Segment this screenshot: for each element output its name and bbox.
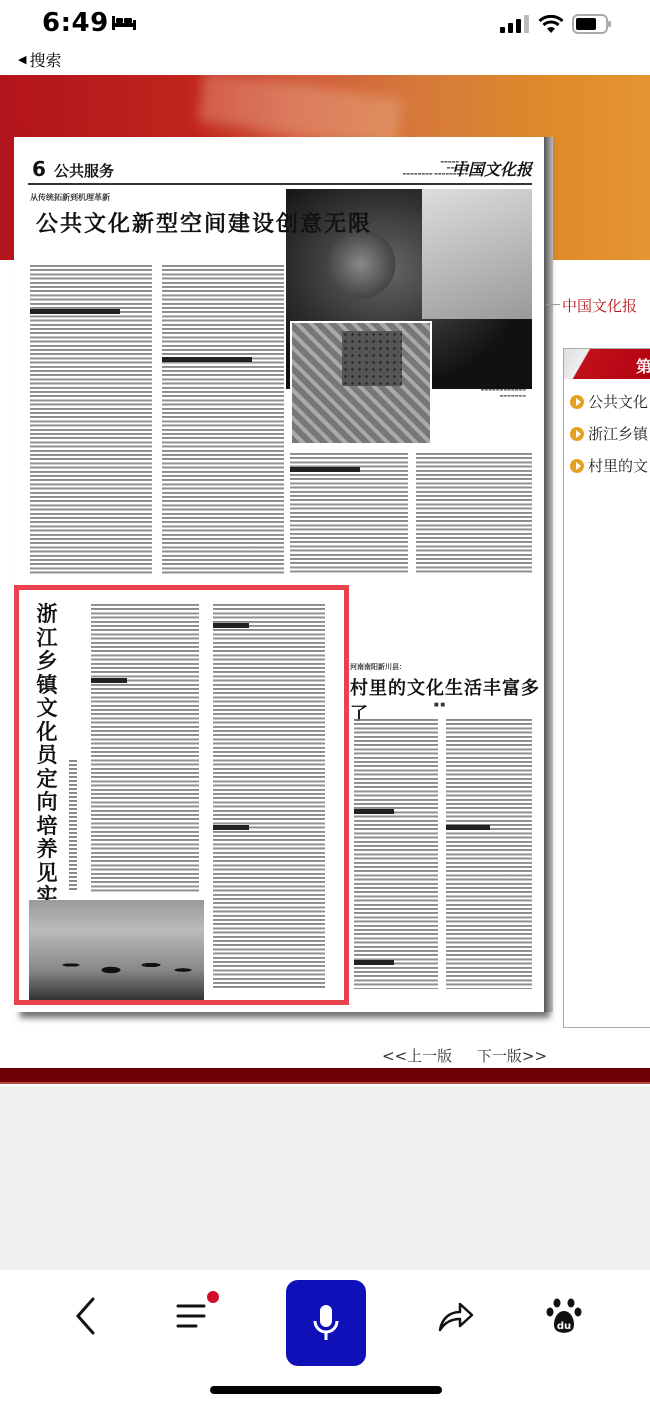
lead-inset-photo	[290, 321, 432, 445]
masthead-logo: 中国文化报	[452, 157, 532, 180]
lead-headline[interactable]: 公共文化新型空间建设创意无限	[36, 207, 372, 238]
arrow-bullet-icon	[570, 395, 584, 409]
cellular-signal-icon	[500, 15, 530, 33]
lead-text-col-2	[162, 265, 284, 575]
secondary-subhead-3	[446, 825, 490, 830]
section-name: 公共服务	[54, 160, 114, 181]
photo-caption: ▬▬▬▬▬▬▬▬▬▬▬▬▬▬▬▬▬▬▬	[446, 387, 526, 399]
highlighted-subhead-1	[91, 678, 127, 683]
side-connector-line	[546, 304, 560, 305]
site-name-link[interactable]: 中国文化报	[562, 295, 637, 316]
highlighted-text-col-1	[91, 604, 199, 894]
highlighted-subhead-3	[213, 825, 249, 830]
microphone-icon	[311, 1303, 341, 1343]
web-content: 6 公共服务 ▬▬▬▬▬ ▬▬▬▬▬ ▬ ▬▬▬▬▬▬▬▬▬ ▬▬▬▬▬▬▬▬▬…	[0, 75, 650, 1270]
chevron-left-icon	[73, 1296, 97, 1336]
footer-area	[0, 1086, 650, 1270]
article-link-3[interactable]: 村里的文	[570, 455, 648, 476]
newspaper-header: 6 公共服务 ▬▬▬▬▬ ▬▬▬▬▬ ▬ ▬▬▬▬▬▬▬▬▬ ▬▬▬▬▬▬▬▬▬…	[28, 157, 532, 185]
status-time: 6:49	[42, 8, 109, 38]
status-icons	[500, 14, 612, 34]
next-page-link[interactable]: 下一版>>	[477, 1047, 547, 1065]
bed-icon	[112, 16, 136, 30]
footer-bar	[0, 1068, 650, 1084]
menu-icon	[176, 1300, 208, 1332]
prev-page-link[interactable]: <<上一版	[382, 1047, 452, 1065]
back-to-search-link[interactable]: ◀ 搜索	[18, 48, 61, 71]
status-bar: 6:49	[0, 0, 650, 48]
back-button[interactable]	[55, 1286, 115, 1346]
highlighted-headline: 浙江乡镇文化员定向培养见实效	[35, 602, 59, 931]
arrow-bullet-icon	[570, 427, 584, 441]
back-triangle-icon: ◀	[18, 53, 26, 66]
article-link-label: 公共文化	[588, 391, 648, 412]
highlighted-subhead-2	[213, 623, 249, 628]
lead-subhead-1	[30, 309, 120, 314]
lead-subhead-3	[290, 467, 360, 472]
article-link-label: 浙江乡镇	[588, 423, 648, 444]
article-link-1[interactable]: 公共文化	[570, 391, 648, 412]
battery-icon	[572, 14, 612, 34]
baidu-paw-icon: du	[546, 1297, 582, 1335]
newspaper-page-image[interactable]: 6 公共服务 ▬▬▬▬▬ ▬▬▬▬▬ ▬ ▬▬▬▬▬▬▬▬▬ ▬▬▬▬▬▬▬▬▬…	[14, 137, 544, 1012]
article-link-2[interactable]: 浙江乡镇	[570, 423, 648, 444]
secondary-subhead-2	[354, 960, 394, 965]
lead-text-col-4	[416, 453, 532, 575]
article-link-label: 村里的文	[588, 455, 648, 476]
secondary-kicker: 河南南阳新川县：	[350, 662, 406, 672]
page-number: 6	[32, 157, 46, 181]
home-indicator[interactable]	[210, 1386, 442, 1394]
svg-text:du: du	[557, 1321, 571, 1332]
secondary-subhead-1	[354, 809, 394, 814]
page-navigation: <<上一版 下一版>>	[382, 1045, 567, 1066]
lead-subhead-2	[162, 357, 252, 362]
share-arrow-icon	[436, 1298, 476, 1334]
highlighted-byline	[69, 760, 77, 890]
browser-toolbar: du	[0, 1270, 650, 1409]
lead-kicker: 从传统拓新到机理革新	[30, 192, 110, 203]
highlighted-photo	[29, 900, 204, 1000]
panel-header-label: 第	[636, 354, 650, 377]
share-button[interactable]	[426, 1286, 486, 1346]
panel-header: 第	[564, 349, 650, 379]
arrow-bullet-icon	[570, 459, 584, 473]
secondary-byline: ■ ■	[434, 702, 445, 708]
voice-search-button[interactable]	[286, 1280, 366, 1366]
highlighted-article-box[interactable]: 浙江乡镇文化员定向培养见实效	[14, 585, 349, 1005]
highlighted-text-col-2	[213, 604, 325, 989]
back-nav-label: 搜索	[29, 48, 61, 71]
wifi-icon	[538, 15, 564, 34]
article-list-panel: 第 公共文化 浙江乡镇 村里的文	[563, 348, 650, 1028]
baidu-home-button[interactable]: du	[534, 1286, 594, 1346]
secondary-text-col-2	[446, 719, 532, 989]
notification-dot	[207, 1291, 219, 1303]
header-meta: ▬▬▬▬▬ ▬▬▬▬▬ ▬ ▬▬▬▬▬▬▬▬▬ ▬▬▬▬▬▬▬▬▬	[348, 159, 468, 177]
secondary-text-col-1	[354, 719, 438, 989]
